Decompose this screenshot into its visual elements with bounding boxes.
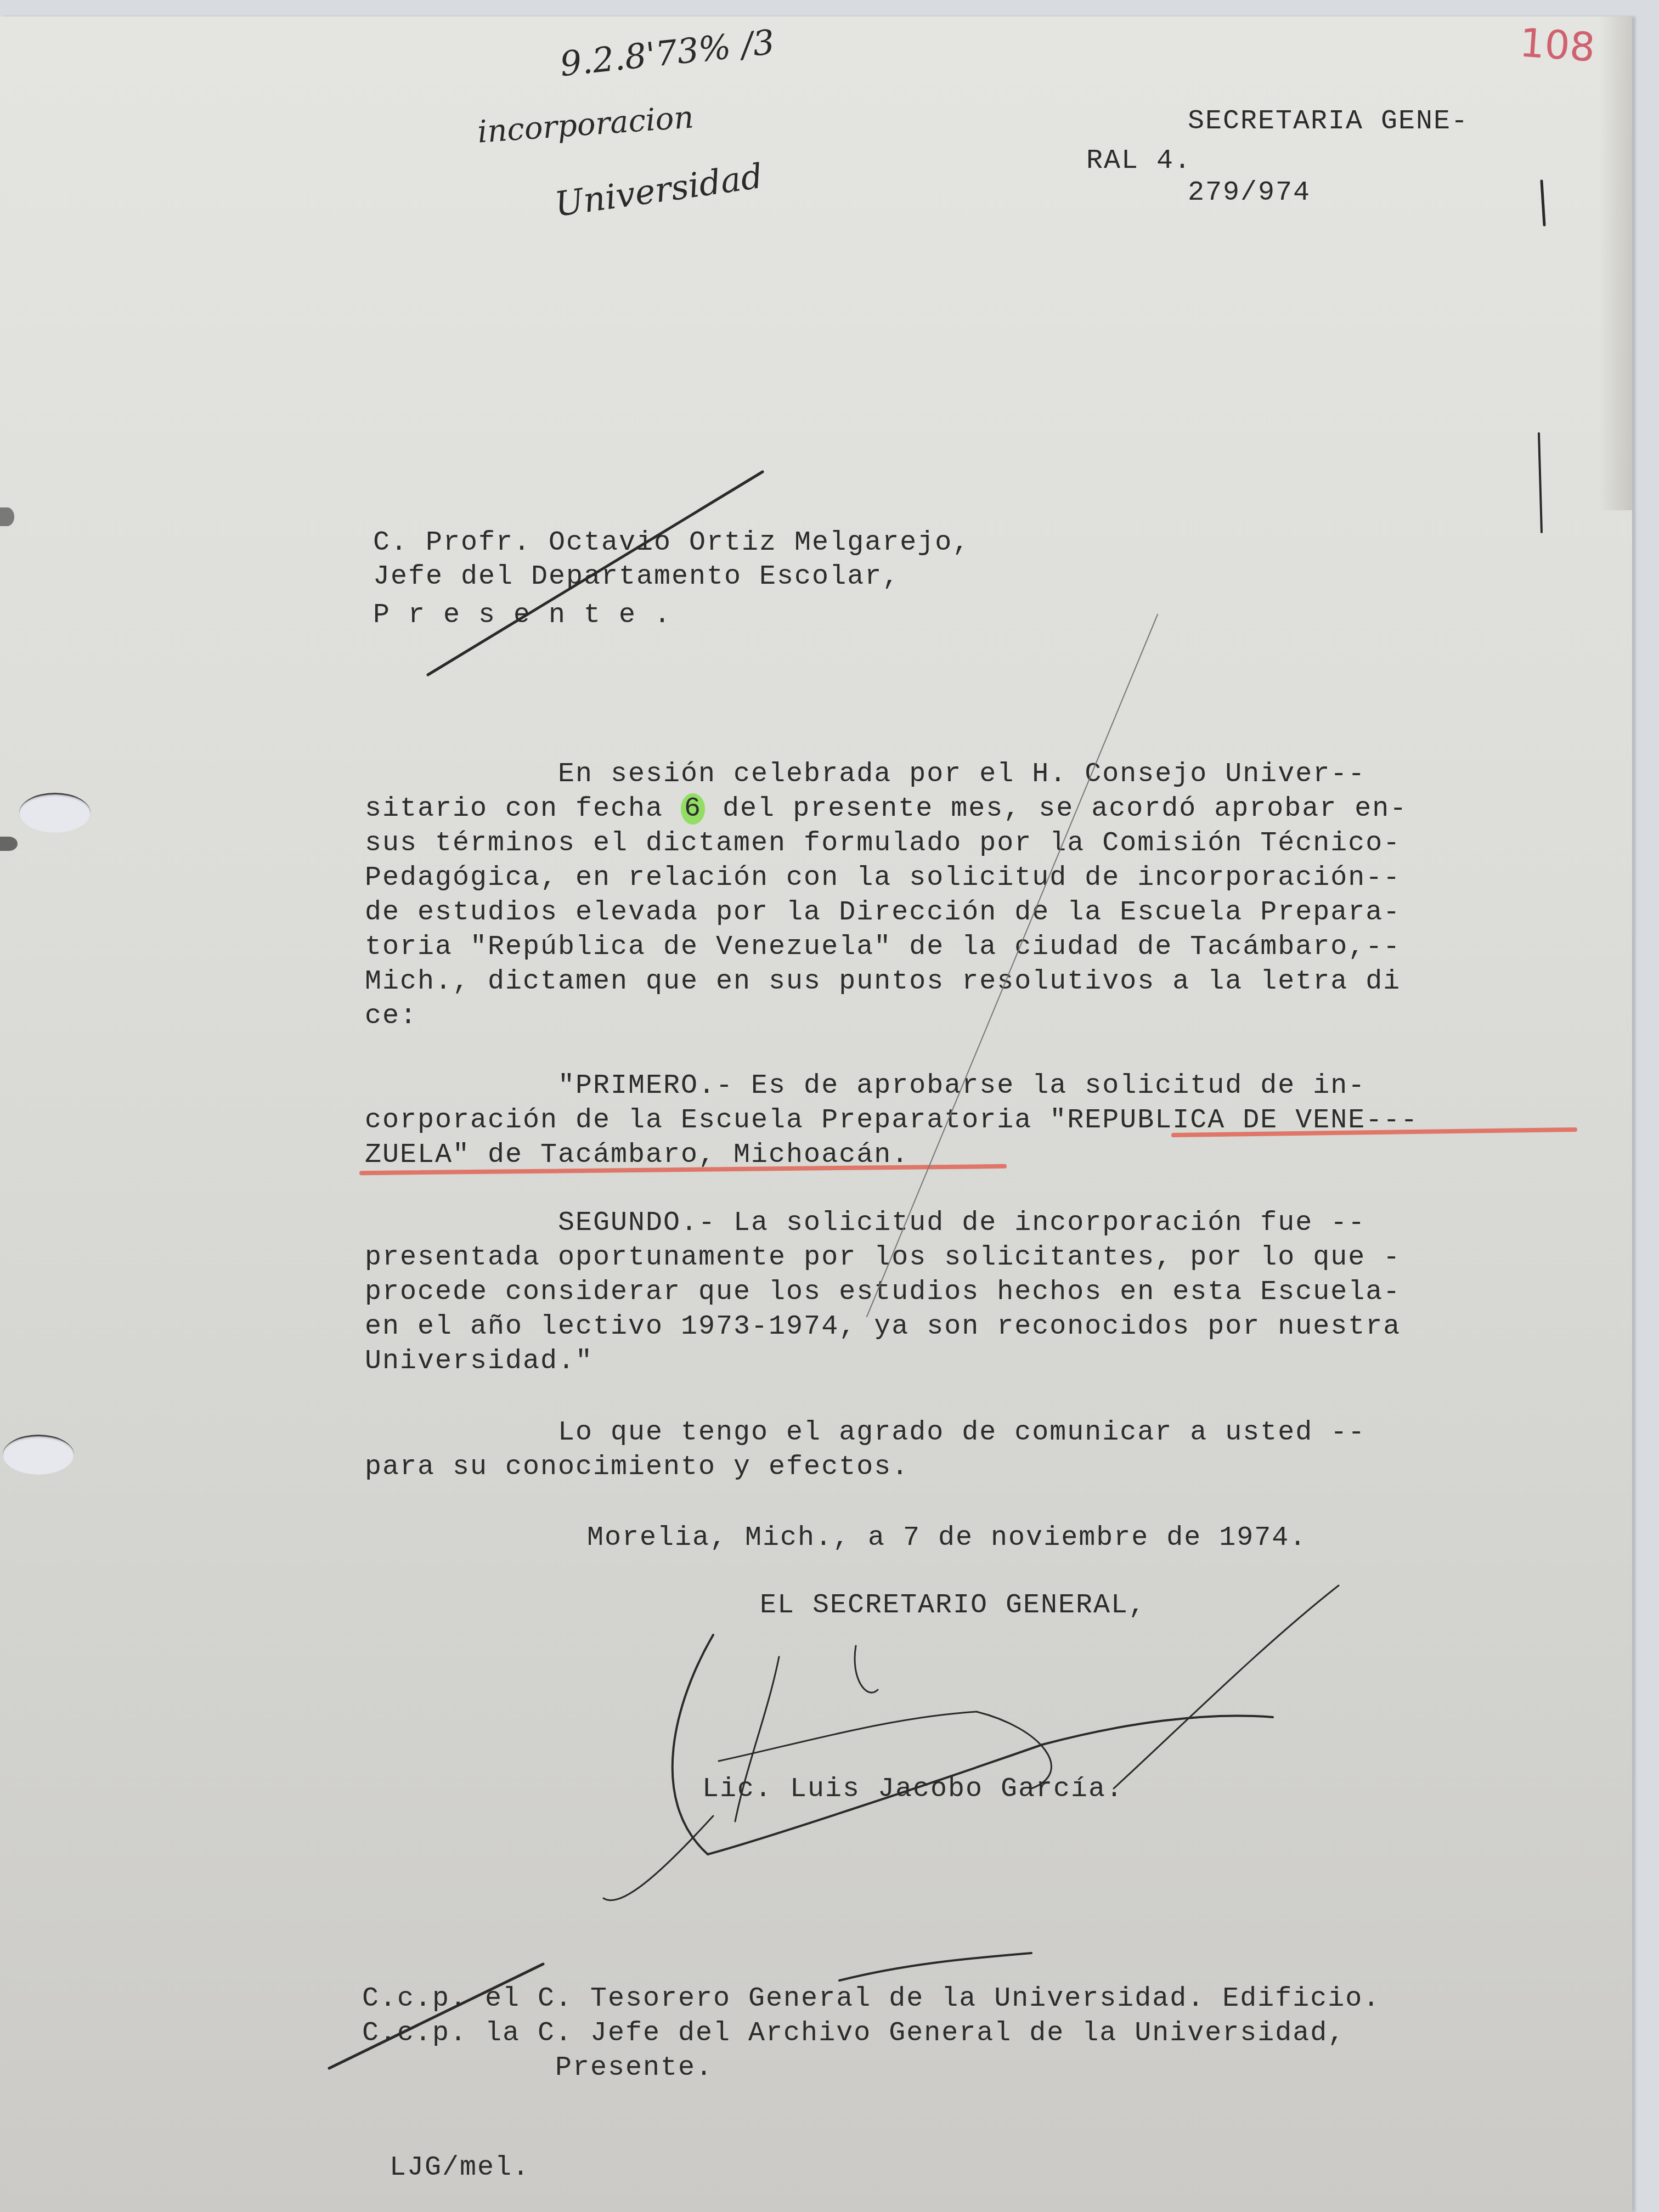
body-paragraph-line: sitario con fecha 6 del presente mes, se… — [365, 792, 1407, 826]
text-segment: del presente mes, se acordó aprobar en- — [705, 793, 1407, 825]
punch-hole-upper — [19, 793, 91, 833]
closing-line: Lo que tengo el agrado de comunicar a us… — [365, 1415, 1365, 1450]
resolution-segundo-line: SEGUNDO.- La solicitud de incorporación … — [365, 1206, 1365, 1240]
body-paragraph-line: En sesión celebrada por el H. Consejo Un… — [365, 757, 1365, 792]
typist-initials: LJG/mel. — [390, 2151, 530, 2185]
office-header-line2: RAL 4. — [1086, 144, 1192, 178]
recipient-name: C. Profr. Octavio Ortiz Melgarejo, — [373, 526, 970, 560]
signatory-title: EL SECRETARIO GENERAL, — [760, 1588, 1146, 1623]
office-header-line1: SECRETARIA GENE- — [1188, 104, 1469, 139]
copy-recipient-line: Presente. — [362, 2051, 713, 2085]
text-segment: sitario con fecha — [365, 793, 681, 825]
resolution-primero-line: "PRIMERO.- Es de aprobarse la solicitud … — [365, 1069, 1365, 1103]
left-edge-mark — [0, 837, 18, 851]
body-paragraph-line: sus términos el dictamen formulado por l… — [365, 826, 1401, 861]
resolution-segundo-line: en el año lectivo 1973-1974, ya son reco… — [365, 1310, 1401, 1344]
signatory-name: Lic. Luis Jacobo García. — [702, 1772, 1124, 1807]
place-and-date: Morelia, Mich., a 7 de noviembre de 1974… — [587, 1521, 1307, 1555]
body-paragraph-line: Mich., dictamen que en sus puntos resolu… — [365, 964, 1401, 999]
body-paragraph-line: ce: — [365, 999, 417, 1034]
recipient-title: Jefe del Departamento Escolar, — [373, 560, 900, 594]
left-edge-mark — [0, 507, 14, 526]
resolution-segundo-line: presentada oportunamente por los solicit… — [365, 1240, 1401, 1275]
body-paragraph-line: toria "República de Venezuela" de la ciu… — [365, 930, 1401, 964]
reference-number: 279/974 — [1188, 176, 1311, 210]
recipient-presente: P r e s e n t e . — [373, 598, 672, 633]
date-highlight: 6 — [681, 793, 705, 825]
folio-number: 108 — [1518, 19, 1596, 70]
copy-recipient-line: C.c.p. la C. Jefe del Archivo General de… — [362, 2016, 1345, 2051]
body-paragraph-line: de estudios elevada por la Dirección de … — [365, 895, 1401, 930]
resolution-segundo-line: procede considerar que los estudios hech… — [365, 1275, 1401, 1310]
copy-recipient-line: C.c.p. el C. Tesorero General de la Univ… — [362, 1982, 1380, 2016]
body-paragraph-line: Pedagógica, en relación con la solicitud… — [365, 861, 1401, 895]
punch-hole-lower — [3, 1435, 74, 1475]
resolution-segundo-line: Universidad." — [365, 1344, 593, 1379]
closing-line: para su conocimiento y efectos. — [365, 1450, 909, 1485]
